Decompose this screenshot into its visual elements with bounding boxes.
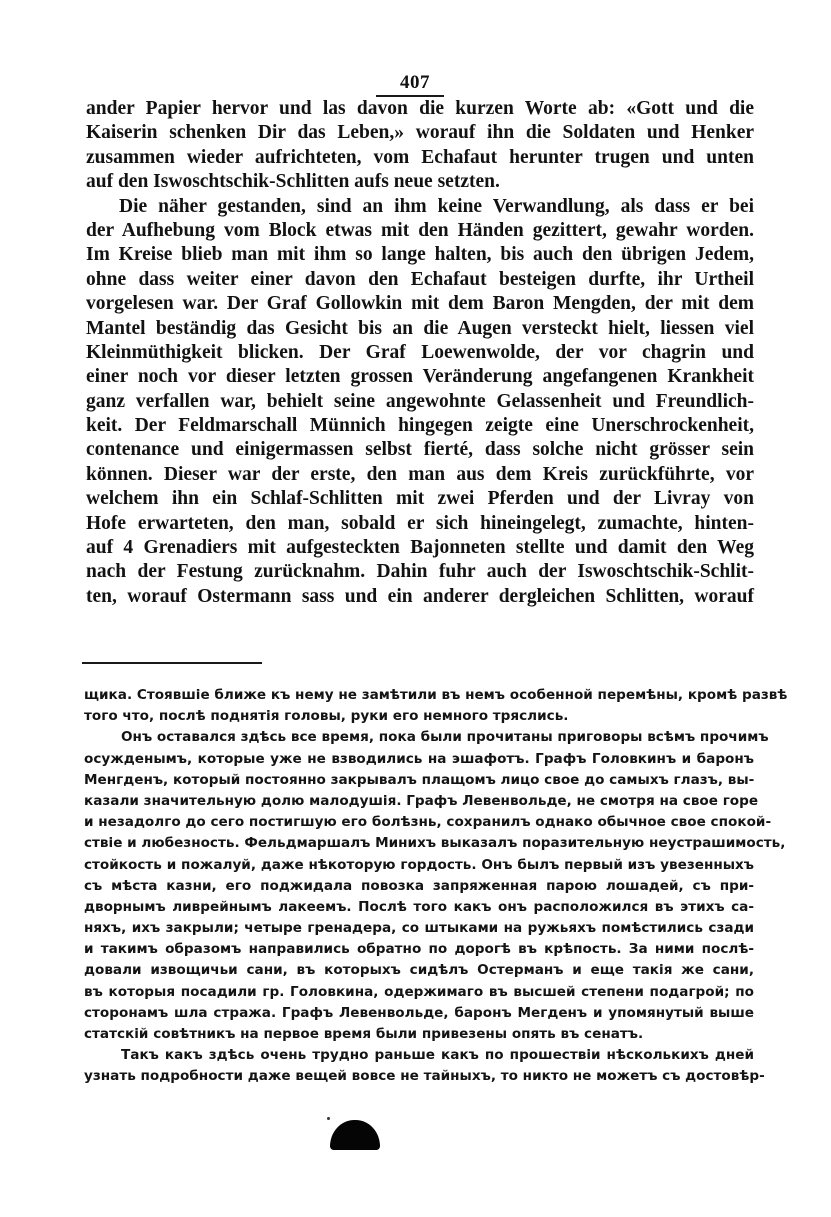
text-line: nach der Festung zurücknahm. Dahin fuhr … [86,560,754,584]
footnote-line: ствіе и любезность. Фельдмаршалъ Минихъ … [84,833,754,854]
footnote-separator-rule [82,662,262,664]
footnote-line: няхъ, ихъ закрыли; четыре гренадера, со … [84,918,754,939]
text-line: keit. Der Feldmarschall Münnich hingegen… [86,414,754,438]
footnote-line: того что, послѣ поднятія головы, руки ег… [84,706,754,727]
footnote-line: сторонамъ шла стража. Графъ Левенвольде,… [84,1003,754,1024]
text-line: einer noch vor dieser letzten grossen Ve… [86,365,754,389]
footnote-line: Менгденъ, который постоянно закрывалъ пл… [84,770,754,791]
footnote-line: статскій совѣтникъ на первое время были … [84,1024,754,1045]
text-line: Im Kreise blieb man mit ihm so lange hal… [86,243,754,267]
page-number: 407 [380,72,450,94]
footnote-line: стойкость и пожалуй, даже нѣкоторую горд… [84,855,754,876]
text-line: Kaiserin schenken Dir das Leben,» worauf… [86,121,754,145]
ink-speck [327,1117,330,1120]
footnote-line: осужденымъ, которые уже не взводились на… [84,749,754,770]
footnote-line: казали значительную долю малодушія. Граф… [84,791,754,812]
text-line: Kleinmüthigkeit blicken. Der Graf Loewen… [86,341,754,365]
text-line: ohne dass weiter einer davon den Echafau… [86,268,754,292]
text-line: der Aufhebung vom Block etwas mit den Hä… [86,219,754,243]
text-line: Mantel beständig das Gesicht bis an die … [86,317,754,341]
footnote-line: и незадолго до сего постигшую его болѣзн… [84,812,754,833]
text-line: Die näher gestanden, sind an ihm keine V… [86,195,754,219]
text-line: können. Dieser war der erste, den man au… [86,463,754,487]
footnote-line: и такимъ образомъ направились обратно по… [84,939,754,960]
text-line: welchem ihn ein Schlaf-Schlitten mit zwe… [86,487,754,511]
ink-blot-stamp [330,1120,380,1150]
footnote-line: довали извощичьи сани, въ которыхъ сидѣл… [84,960,754,981]
main-text-body: ander Papier hervor und las davon die ku… [86,97,754,609]
text-line: vorgelesen war. Der Graf Gollowkin mit d… [86,292,754,316]
footnote-translation: щика. Стоявшіе ближе къ нему не замѣтили… [84,685,754,1088]
text-line: ganz verfallen war, behielt seine angewo… [86,390,754,414]
text-line: auf den Iswoschtschik-Schlitten aufs neu… [86,170,754,194]
book-page: 407 ander Papier hervor und las davon di… [0,0,831,1217]
text-line: auf 4 Grenadiers mit aufgesteckten Bajon… [86,536,754,560]
footnote-line: щика. Стоявшіе ближе къ нему не замѣтили… [84,685,754,706]
text-line: contenance und einigermassen selbst fier… [86,438,754,462]
text-line: zusammen wieder aufrichteten, vom Echafa… [86,146,754,170]
footnote-line: дворнымъ ливрейнымъ лакеемъ. Послѣ того … [84,897,754,918]
text-line: ander Papier hervor und las davon die ku… [86,97,754,121]
footnote-line: съ мѣста казни, его поджидала повозка за… [84,876,754,897]
footnote-line: Такъ какъ здѣсь очень трудно раньше какъ… [84,1045,754,1066]
footnote-line: узнать подробности даже вещей вовсе не т… [84,1066,754,1087]
footnote-line: въ которыя посадили гр. Головкина, одерж… [84,982,754,1003]
footnote-line: Онъ оставался здѣсь все время, пока были… [84,727,754,748]
text-line: ten, worauf Ostermann sass und ein ander… [86,585,754,609]
text-line: Hofe erwarteten, den man, sobald er sich… [86,512,754,536]
